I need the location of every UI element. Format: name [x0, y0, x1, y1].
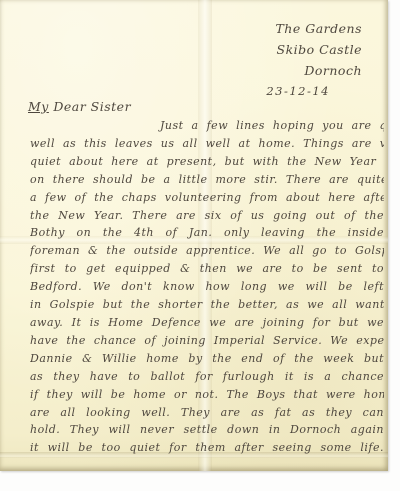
- letter-line: Bedford. We don't know how long we will …: [30, 278, 384, 296]
- letter-line: first to get equipped & then we are to b…: [30, 260, 384, 278]
- letter-line: it will be too quiet for them after seei…: [30, 439, 384, 457]
- letter-line: quiet about here at present, but with th…: [30, 153, 384, 171]
- letter-line: away. It is Home Defence we are joining …: [30, 314, 384, 332]
- letter-address: The Gardens Skibo Castle Dornoch: [275, 18, 362, 81]
- letter-line: a few of the chaps volunteering from abo…: [30, 189, 384, 207]
- letter-body: Just a few lines hoping you are quitewel…: [30, 117, 384, 457]
- letter-line: Just a few lines hoping you are quite: [30, 117, 384, 135]
- letter-paper: The Gardens Skibo Castle Dornoch 23-12-1…: [0, 0, 388, 471]
- salutation-rest: Dear Sister: [49, 99, 131, 114]
- address-line: Skibo Castle: [275, 39, 362, 60]
- address-line: The Gardens: [275, 18, 362, 39]
- letter-line: on there should be a little more stir. T…: [30, 171, 384, 189]
- letter-line: in Golspie but the shorter the better, a…: [30, 296, 384, 314]
- letter-date: 23-12-14: [266, 84, 330, 98]
- salutation-underlined-word: My: [28, 99, 49, 114]
- letter-line: Dannie & Willie home by the end of the w…: [30, 350, 384, 368]
- letter-line: as they have to ballot for furlough it i…: [30, 368, 384, 386]
- letter-line: have the chance of joining Imperial Serv…: [30, 332, 384, 350]
- letter-line: the New Year. There are six of us going …: [30, 207, 384, 225]
- letter-salutation: My Dear Sister: [28, 99, 131, 114]
- letter-line: if they will be home or not. The Boys th…: [30, 386, 384, 404]
- address-line: Dornoch: [275, 60, 362, 81]
- letter-line: Bothy on the 4th of Jan. only leaving th…: [30, 224, 384, 242]
- letter-line: are all looking well. They are as fat as…: [30, 404, 384, 422]
- letter-line: well as this leaves us all well at home.…: [30, 135, 384, 153]
- letter-line: hold. They will never settle down in Dor…: [30, 421, 384, 439]
- letter-line: foreman & the outside apprentice. We all…: [30, 242, 384, 260]
